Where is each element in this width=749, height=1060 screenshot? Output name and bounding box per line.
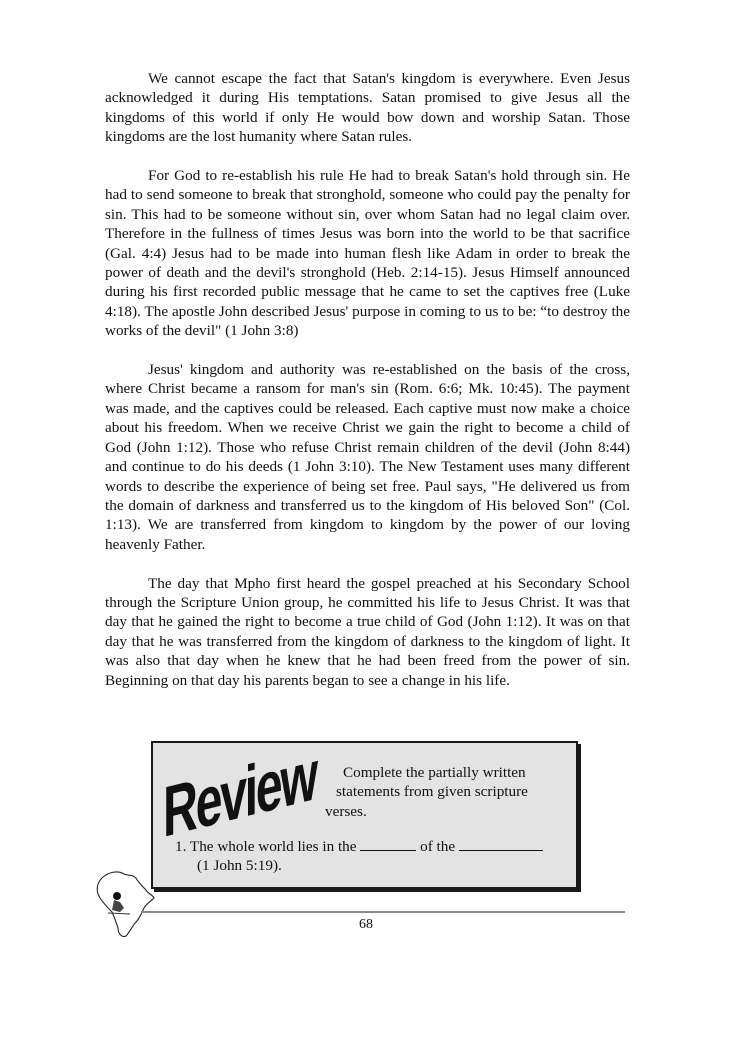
document-page: We cannot escape the fact that Satan's k… [0, 0, 749, 1060]
question-1-prefix: 1. The whole world lies in the [175, 838, 357, 855]
review-wordart-icon: Review [159, 749, 319, 841]
review-instruction-line-2: statements from given scripture [325, 782, 555, 801]
paragraph-4: The day that Mpho first heard the gospel… [105, 574, 630, 690]
footer-rule [141, 911, 625, 913]
review-instruction-line-3: verses. [325, 803, 367, 820]
review-title-graphic: Review [159, 749, 319, 841]
africa-map-reader-icon [92, 868, 158, 940]
answer-blank-1[interactable] [360, 838, 416, 851]
page-number: 68 [359, 917, 373, 933]
review-instruction-line-1: Complete the partially written [325, 763, 555, 782]
question-1-reference: (1 John 5:19). [175, 856, 575, 875]
question-1-middle: of the [420, 838, 455, 855]
answer-blank-2[interactable] [459, 838, 543, 851]
paragraph-2: For God to re-establish his rule He had … [105, 166, 630, 341]
review-question-1: 1. The whole world lies in the of the (1… [175, 837, 575, 876]
review-instructions: Complete the partially written statement… [325, 763, 555, 821]
body-text: We cannot escape the fact that Satan's k… [105, 69, 630, 690]
paragraph-3: Jesus' kingdom and authority was re-esta… [105, 360, 630, 554]
paragraph-1: We cannot escape the fact that Satan's k… [105, 69, 630, 147]
review-title-text: Review [163, 749, 318, 841]
review-box: Review Complete the partially written st… [151, 741, 578, 889]
